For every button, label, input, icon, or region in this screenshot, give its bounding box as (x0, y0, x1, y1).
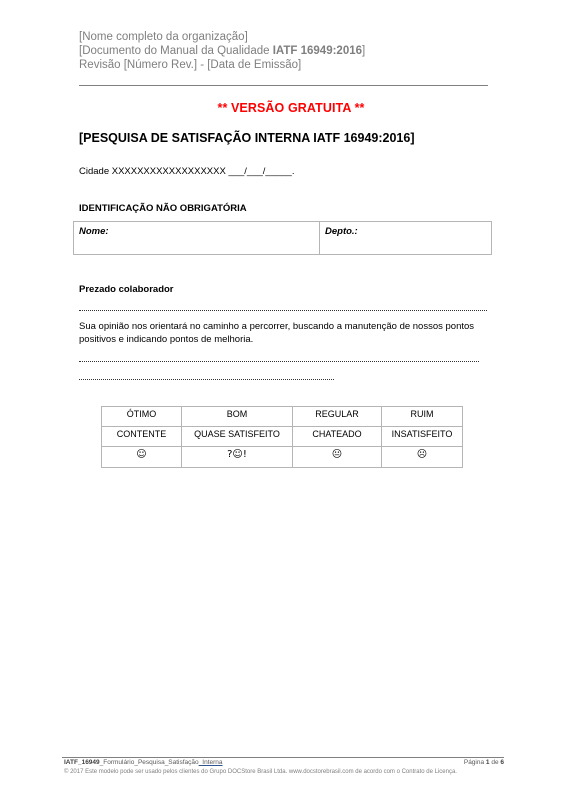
intro-paragraph: Sua opinião nos orientará no caminho a p… (79, 320, 499, 346)
table-row: ÓTIMO BOM REGULAR RUIM (102, 407, 463, 427)
face-cell[interactable]: ☺ (102, 447, 182, 468)
free-version-notice: ** VERSÃO GRATUITA ** (0, 101, 582, 115)
department-label: Depto.: (325, 226, 358, 237)
page-separator: de (490, 759, 501, 766)
unsure-smiley-icon: ?☺! (227, 449, 247, 460)
greeting: Prezado colaborador (79, 284, 174, 295)
face-cell[interactable]: ?☺! (182, 447, 293, 468)
city-date-line: Cidade XXXXXXXXXXXXXXXXXX ___/___/_____. (79, 166, 294, 177)
rating-cell-regular[interactable]: REGULAR (293, 407, 382, 427)
name-label: Nome: (79, 226, 109, 237)
dotted-line (79, 379, 334, 380)
department-field[interactable]: Depto.: (320, 222, 491, 254)
header-divider (79, 85, 488, 86)
page-prefix: Página (464, 759, 486, 766)
document-reference-suffix: ] (362, 45, 365, 57)
organization-name: [Nome completo da organização] (79, 30, 248, 44)
neutral-face-icon: 😐 (332, 449, 342, 460)
footer-divider (62, 757, 504, 758)
feeling-cell-contente[interactable]: CONTENTE (102, 427, 182, 447)
feeling-cell-quase-satisfeito[interactable]: QUASE SATISFEITO (182, 427, 293, 447)
revision-info: Revisão [Número Rev.] - [Data de Emissão… (79, 58, 301, 72)
rating-table: ÓTIMO BOM REGULAR RUIM CONTENTE QUASE SA… (101, 406, 463, 468)
document-reference: [Documento do Manual da Qualidade IATF 1… (79, 44, 365, 58)
rating-cell-ruim[interactable]: RUIM (382, 407, 463, 427)
frowning-face-icon: ☹ (417, 449, 427, 460)
page-number: Página 1 de 6 (464, 759, 504, 766)
dotted-line (79, 310, 487, 311)
face-cell[interactable]: 😐 (293, 447, 382, 468)
table-row: ☺ ?☺! 😐 ☹ (102, 447, 463, 468)
document-title: [PESQUISA DE SATISFAÇÃO INTERNA IATF 169… (79, 131, 415, 145)
rating-cell-bom[interactable]: BOM (182, 407, 293, 427)
document-reference-prefix: [Documento do Manual da Qualidade (79, 45, 273, 57)
page-total: 6 (500, 759, 504, 766)
smiley-icon: ☺ (136, 449, 146, 460)
footer-document-code: IATF_16949_Formulário_Pesquisa_Satisfaçã… (64, 759, 223, 766)
rating-cell-otimo[interactable]: ÓTIMO (102, 407, 182, 427)
doc-code-rest: _Formulário_Pesquisa_Satisfação (100, 759, 199, 766)
name-field[interactable]: Nome: (74, 222, 320, 254)
feeling-cell-chateado[interactable]: CHATEADO (293, 427, 382, 447)
copyright-notice: © 2017 Este modelo pode ser usado pelos … (64, 769, 457, 775)
table-row: CONTENTE QUASE SATISFEITO CHATEADO INSAT… (102, 427, 463, 447)
document-standard: IATF 16949:2016 (273, 45, 362, 57)
doc-code-bold: IATF_16949 (64, 759, 100, 766)
doc-code-underlined: _Interna (199, 759, 223, 766)
feeling-cell-insatisfeito[interactable]: INSATISFEITO (382, 427, 463, 447)
face-cell[interactable]: ☹ (382, 447, 463, 468)
identification-heading: IDENTIFICAÇÃO NÃO OBRIGATÓRIA (79, 203, 247, 214)
identification-table: Nome: Depto.: (73, 221, 492, 255)
dotted-line (79, 361, 479, 362)
